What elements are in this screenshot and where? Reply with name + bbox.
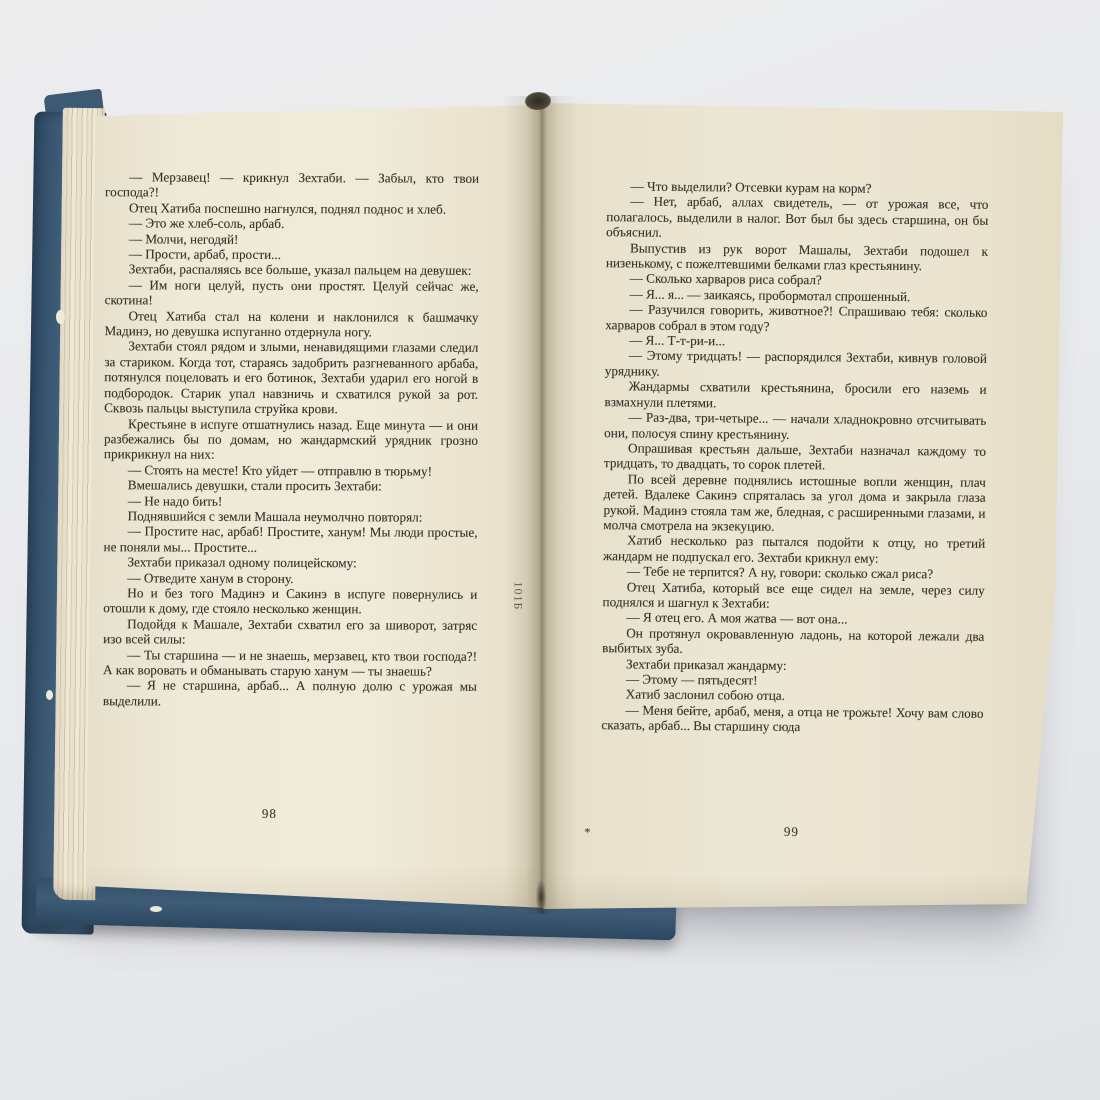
paragraph: Крестьяне в испуге отшатнулись назад. Ещ… bbox=[104, 416, 478, 464]
left-page-paragraphs: — Мерзавец! — крикнул Зехтаби. — Забыл, … bbox=[103, 169, 479, 710]
paragraph: Жандармы схватили крестьянина, бросили е… bbox=[604, 378, 986, 412]
page-number-right: 99 bbox=[784, 824, 799, 839]
paragraph: — Раз-два, три-четыре... — начали хладно… bbox=[604, 409, 986, 443]
right-page-text: — Что выделили? Отсевки курам на корм?— … bbox=[601, 178, 988, 736]
paragraph: — Стоять на месте! Кто уйдет — отправлю … bbox=[104, 462, 478, 479]
left-page-text: — Мерзавец! — крикнул Зехтаби. — Забыл, … bbox=[103, 169, 479, 710]
right-page-paragraphs: — Что выделили? Отсевки курам на корм?— … bbox=[601, 178, 988, 736]
paragraph: — Разучился говорить, животное?! Спрашив… bbox=[605, 301, 987, 335]
paragraph: — Нет, арбаб, аллах свидетель, — от урож… bbox=[606, 194, 988, 244]
paragraph: Опрашивая крестьян дальше, Зехтаби назна… bbox=[604, 440, 986, 474]
paragraph: — Меня бейте, арбаб, меня, а отца не тро… bbox=[601, 702, 983, 736]
paragraph: Зехтаби стоял рядом и злыми, ненавидящим… bbox=[104, 339, 478, 418]
paragraph: — Не надо бить! bbox=[104, 493, 478, 510]
paragraph: — Мерзавец! — крикнул Зехтаби. — Забыл, … bbox=[105, 169, 479, 201]
paragraph: — Простите нас, арбаб! Простите, ханум! … bbox=[103, 524, 477, 556]
paragraph: Вмешались девушки, стали просить Зехтаби… bbox=[104, 477, 478, 494]
photo-background: — Мерзавец! — крикнул Зехтаби. — Забыл, … bbox=[0, 0, 1100, 1100]
paragraph: — Это же хлеб-соль, арбаб. bbox=[105, 215, 479, 232]
signature-asterisk: * bbox=[584, 825, 591, 840]
paragraph: Зехтаби приказал одному полицейскому: bbox=[103, 554, 477, 571]
paragraph: — Этому тридцать! — распорядился Зехтаби… bbox=[605, 348, 987, 382]
paragraph: — Прости, арбаб, прости... bbox=[105, 246, 479, 263]
paragraph: Хатиб несколько раз пытался подойти к от… bbox=[603, 533, 985, 567]
paragraph: Отец Хатиба стал на колени и наклонился … bbox=[104, 308, 478, 340]
cover-fray-speck bbox=[46, 690, 53, 700]
paragraph: Выпустив из рук ворот Машалы, Зехтаби по… bbox=[606, 240, 988, 274]
right-page-bottom-shade bbox=[540, 874, 1068, 914]
paragraph: — Отведите ханум в сторону. bbox=[103, 570, 477, 587]
paragraph: По всей деревне поднялись истошные вопли… bbox=[603, 471, 986, 536]
paragraph: — Я не старшина, арбаб... А полную долю … bbox=[103, 678, 477, 710]
paragraph: — Ты старшина — и не знаешь, мерзавец, к… bbox=[103, 647, 477, 679]
page-number-left: 98 bbox=[82, 805, 456, 822]
paragraph: Он протянул окровавленную ладонь, на кот… bbox=[602, 625, 984, 659]
paragraph: Зехтаби, распаляясь все больше, указал п… bbox=[105, 262, 479, 279]
paragraph: — Молчи, негодяй! bbox=[105, 231, 479, 248]
cover-fray-speck bbox=[56, 310, 65, 324]
paragraph: — Им ноги целуй, пусть они простят. Целу… bbox=[105, 277, 479, 309]
paragraph: Отец Хатиба, который все еще сидел на зе… bbox=[603, 579, 985, 613]
gutter-signature-mark: 101Б bbox=[511, 582, 526, 626]
spine-bottom-wear-spot bbox=[536, 880, 546, 914]
paragraph: Подойдя к Машале, Зехтаби схватил его за… bbox=[103, 616, 477, 648]
cover-fray-speck bbox=[150, 906, 162, 912]
paragraph: Отец Хатиба поспешно нагнулся, поднял по… bbox=[105, 200, 479, 217]
paragraph: Но и без того Мадинэ и Сакинэ в испуге п… bbox=[103, 585, 477, 617]
paragraph: Поднявшийся с земли Машала неумолчно пов… bbox=[104, 508, 478, 525]
